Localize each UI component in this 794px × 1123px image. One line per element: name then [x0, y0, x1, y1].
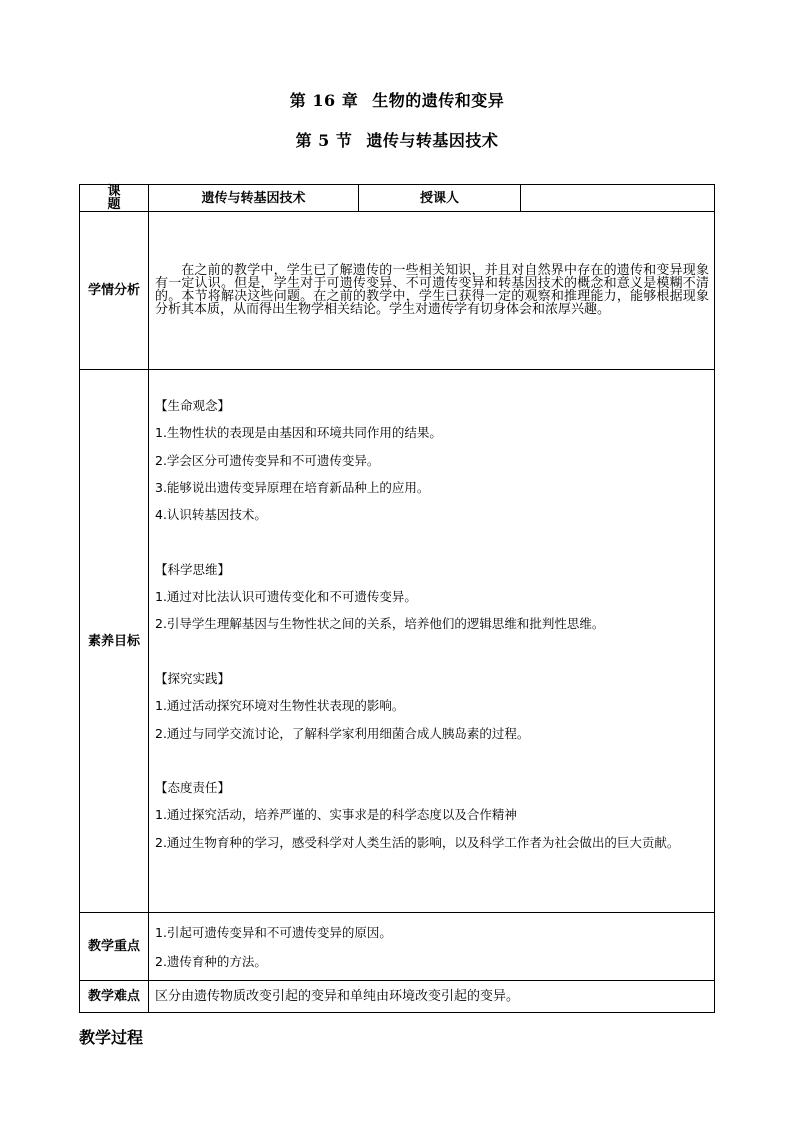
- teaching-process-heading: 教学过程: [79, 1025, 143, 1048]
- goals-label: 素养目标: [80, 370, 149, 913]
- section-name: 遗传与转基因技术: [366, 131, 498, 150]
- focus-item: 2.遗传育种的方法。: [155, 947, 708, 976]
- goal-heading-life-concept: 【生命观念】: [155, 392, 708, 419]
- row-analysis: 学情分析 在之前的教学中，学生已了解遗传的一些相关知识，并且对自然界中存在的遗传…: [80, 212, 715, 370]
- goal-item: 2.通过生物育种的学习，感受科学对人类生活的影响，以及科学工作者为社会做出的巨大…: [155, 829, 708, 856]
- focus-content: 1.引起可遗传变异和不可遗传变异的原因。 2.遗传育种的方法。: [149, 913, 715, 981]
- goals-content: 【生命观念】 1.生物性状的表现是由基因和环境共同作用的结果。 2.学会区分可遗…: [149, 370, 715, 913]
- chapter-name: 生物的遗传和变异: [372, 91, 504, 110]
- row-difficulty: 教学难点 区分由遗传物质改变引起的变异和单纯由环境改变引起的变异。: [80, 981, 715, 1013]
- row-focus: 教学重点 1.引起可遗传变异和不可遗传变异的原因。 2.遗传育种的方法。: [80, 913, 715, 981]
- analysis-text: 在之前的教学中，学生已了解遗传的一些相关知识，并且对自然界中存在的遗传和变异现象…: [155, 263, 709, 317]
- analysis-text-cell: 在之前的教学中，学生已了解遗传的一些相关知识，并且对自然界中存在的遗传和变异现象…: [149, 212, 715, 370]
- focus-item: 1.引起可遗传变异和不可遗传变异的原因。: [155, 918, 708, 947]
- goal-item: 1.生物性状的表现是由基因和环境共同作用的结果。: [155, 419, 708, 446]
- spacer: [155, 747, 708, 774]
- goal-item: 2.学会区分可遗传变异和不可遗传变异。: [155, 447, 708, 474]
- section-number: 第 5 节: [296, 131, 353, 150]
- spacer: [155, 638, 708, 665]
- difficulty-text: 区分由遗传物质改变引起的变异和单纯由环境改变引起的变异。: [149, 981, 715, 1013]
- focus-label: 教学重点: [80, 913, 149, 981]
- difficulty-label: 教学难点: [80, 981, 149, 1013]
- goal-heading-inquiry-practice: 【探究实践】: [155, 665, 708, 692]
- goal-item: 2.引导学生理解基因与生物性状之间的关系，培养他们的逻辑思维和批判性思维。: [155, 610, 708, 637]
- topic-value: 遗传与转基因技术: [149, 185, 359, 212]
- chapter-number: 第 16 章: [290, 91, 358, 110]
- goal-item: 3.能够说出遗传变异原理在培育新品种上的应用。: [155, 474, 708, 501]
- chapter-title: 第 16 章生物的遗传和变异: [0, 88, 794, 111]
- row-topic: 课题 遗传与转基因技术 授课人: [80, 185, 715, 212]
- analysis-label: 学情分析: [80, 212, 149, 370]
- goal-item: 2.通过与同学交流讨论，了解科学家利用细菌合成人胰岛素的过程。: [155, 720, 708, 747]
- topic-label: 课题: [80, 185, 149, 212]
- lesson-plan-table: 课题 遗传与转基因技术 授课人 学情分析 在之前的教学中，学生已了解遗传的一些相…: [79, 184, 715, 1013]
- goal-item: 1.通过对比法认识可遗传变化和不可遗传变异。: [155, 583, 708, 610]
- goal-item: 1.通过探究活动，培养严谨的、实事求是的科学态度以及合作精神: [155, 801, 708, 828]
- goal-item: 1.通过活动探究环境对生物性状表现的影响。: [155, 692, 708, 719]
- spacer: [155, 528, 708, 555]
- goal-heading-attitude-responsibility: 【态度责任】: [155, 774, 708, 801]
- teacher-label: 授课人: [359, 185, 521, 212]
- section-title: 第 5 节遗传与转基因技术: [0, 128, 794, 151]
- row-goals: 素养目标 【生命观念】 1.生物性状的表现是由基因和环境共同作用的结果。 2.学…: [80, 370, 715, 913]
- teacher-value: [521, 185, 715, 212]
- goal-item: 4.认识转基因技术。: [155, 501, 708, 528]
- goal-heading-scientific-thinking: 【科学思维】: [155, 556, 708, 583]
